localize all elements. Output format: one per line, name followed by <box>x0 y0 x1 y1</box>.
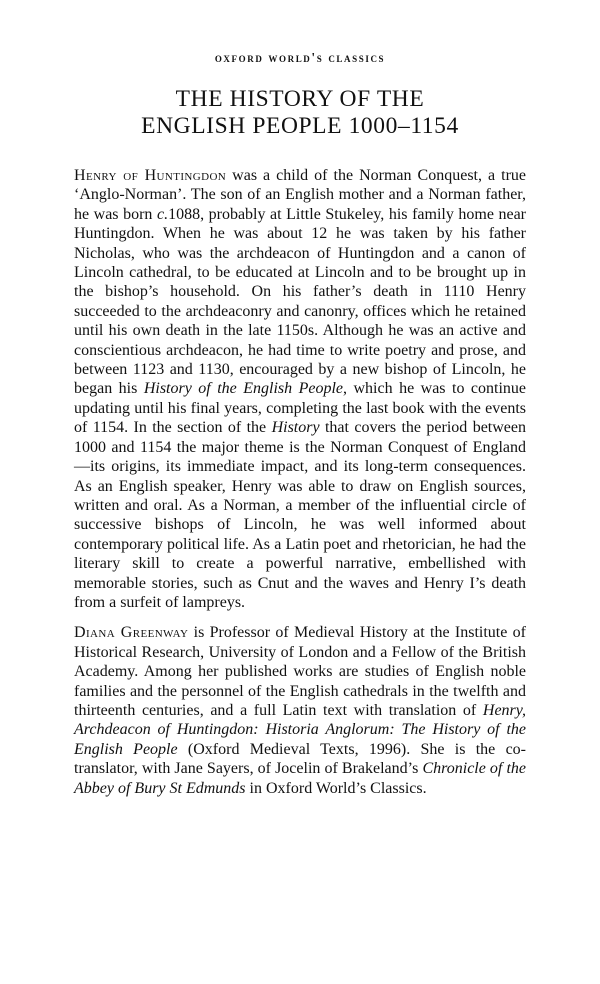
work-title-history-short: History <box>272 419 320 436</box>
author-text-4: that covers the period between 1000 and … <box>74 419 526 611</box>
blurb-body: Henry of Huntingdon was a child of the N… <box>74 166 526 809</box>
editor-text-3: in Oxford World’s Classics. <box>246 780 427 797</box>
book-title-line-1: THE HISTORY OF THE <box>74 86 526 113</box>
book-title-line-2: ENGLISH PEOPLE 1000–1154 <box>74 113 526 140</box>
series-title-text: OXFORD WORLD'S CLASSICS <box>215 50 385 65</box>
about-author-paragraph: Henry of Huntingdon was a child of the N… <box>74 166 526 612</box>
editor-name: Diana Greenway <box>74 624 188 641</box>
book-title: THE HISTORY OF THE ENGLISH PEOPLE 1000–1… <box>74 86 526 140</box>
work-title-history: History of the English People <box>144 380 343 397</box>
about-editor-paragraph: Diana Greenway is Professor of Medieval … <box>74 623 526 798</box>
author-text-2: 1088, probably at Little Stukeley, his f… <box>74 206 526 398</box>
circa-abbrev: c. <box>157 206 168 223</box>
author-name: Henry of Huntingdon <box>74 167 226 184</box>
series-title: OXFORD WORLD'S CLASSICS <box>74 50 526 66</box>
